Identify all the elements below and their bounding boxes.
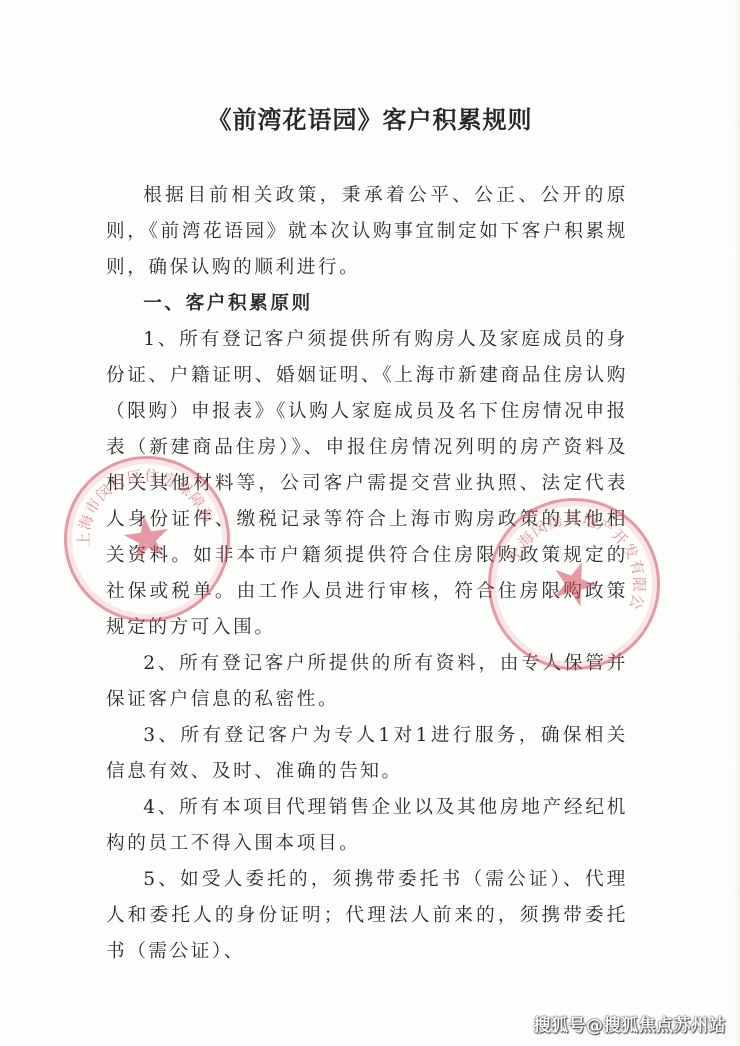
rule-1: 1、所有登记客户须提供所有购房人及家庭成员的身份证、户籍证明、婚姻证明、《上海市…: [106, 322, 628, 646]
rule-4: 4、所有本项目代理销售企业以及其他房地产经纪机构的员工不得入围本项目。: [106, 790, 628, 862]
document-page: 《前湾花语园》客户积累规则 根据目前相关政策，秉承着公平、公正、公开的原则，《前…: [0, 0, 740, 1046]
section-heading: 一、客户积累原则: [106, 286, 628, 322]
intro-paragraph: 根据目前相关政策，秉承着公平、公正、公开的原则，《前湾花语园》就本次认购事宜制定…: [106, 178, 628, 286]
watermark: 搜狐号@搜狐焦点苏州站: [534, 1011, 727, 1036]
rule-2: 2、所有登记客户所提供的所有资料，由专人保管并保证客户信息的私密性。: [106, 646, 628, 718]
rule-3: 3、所有登记客户为专人1对1进行服务，确保相关信息有效、及时、准确的告知。: [106, 718, 628, 790]
page-edge: [734, 0, 740, 1046]
document-title: 《前湾花语园》客户积累规则: [0, 100, 740, 135]
rule-5: 5、如受人委托的，须携带委托书（需公证）、代理人和委托人的身份证明；代理法人前来…: [106, 862, 628, 970]
document-body: 根据目前相关政策，秉承着公平、公正、公开的原则，《前湾花语园》就本次认购事宜制定…: [106, 178, 628, 970]
